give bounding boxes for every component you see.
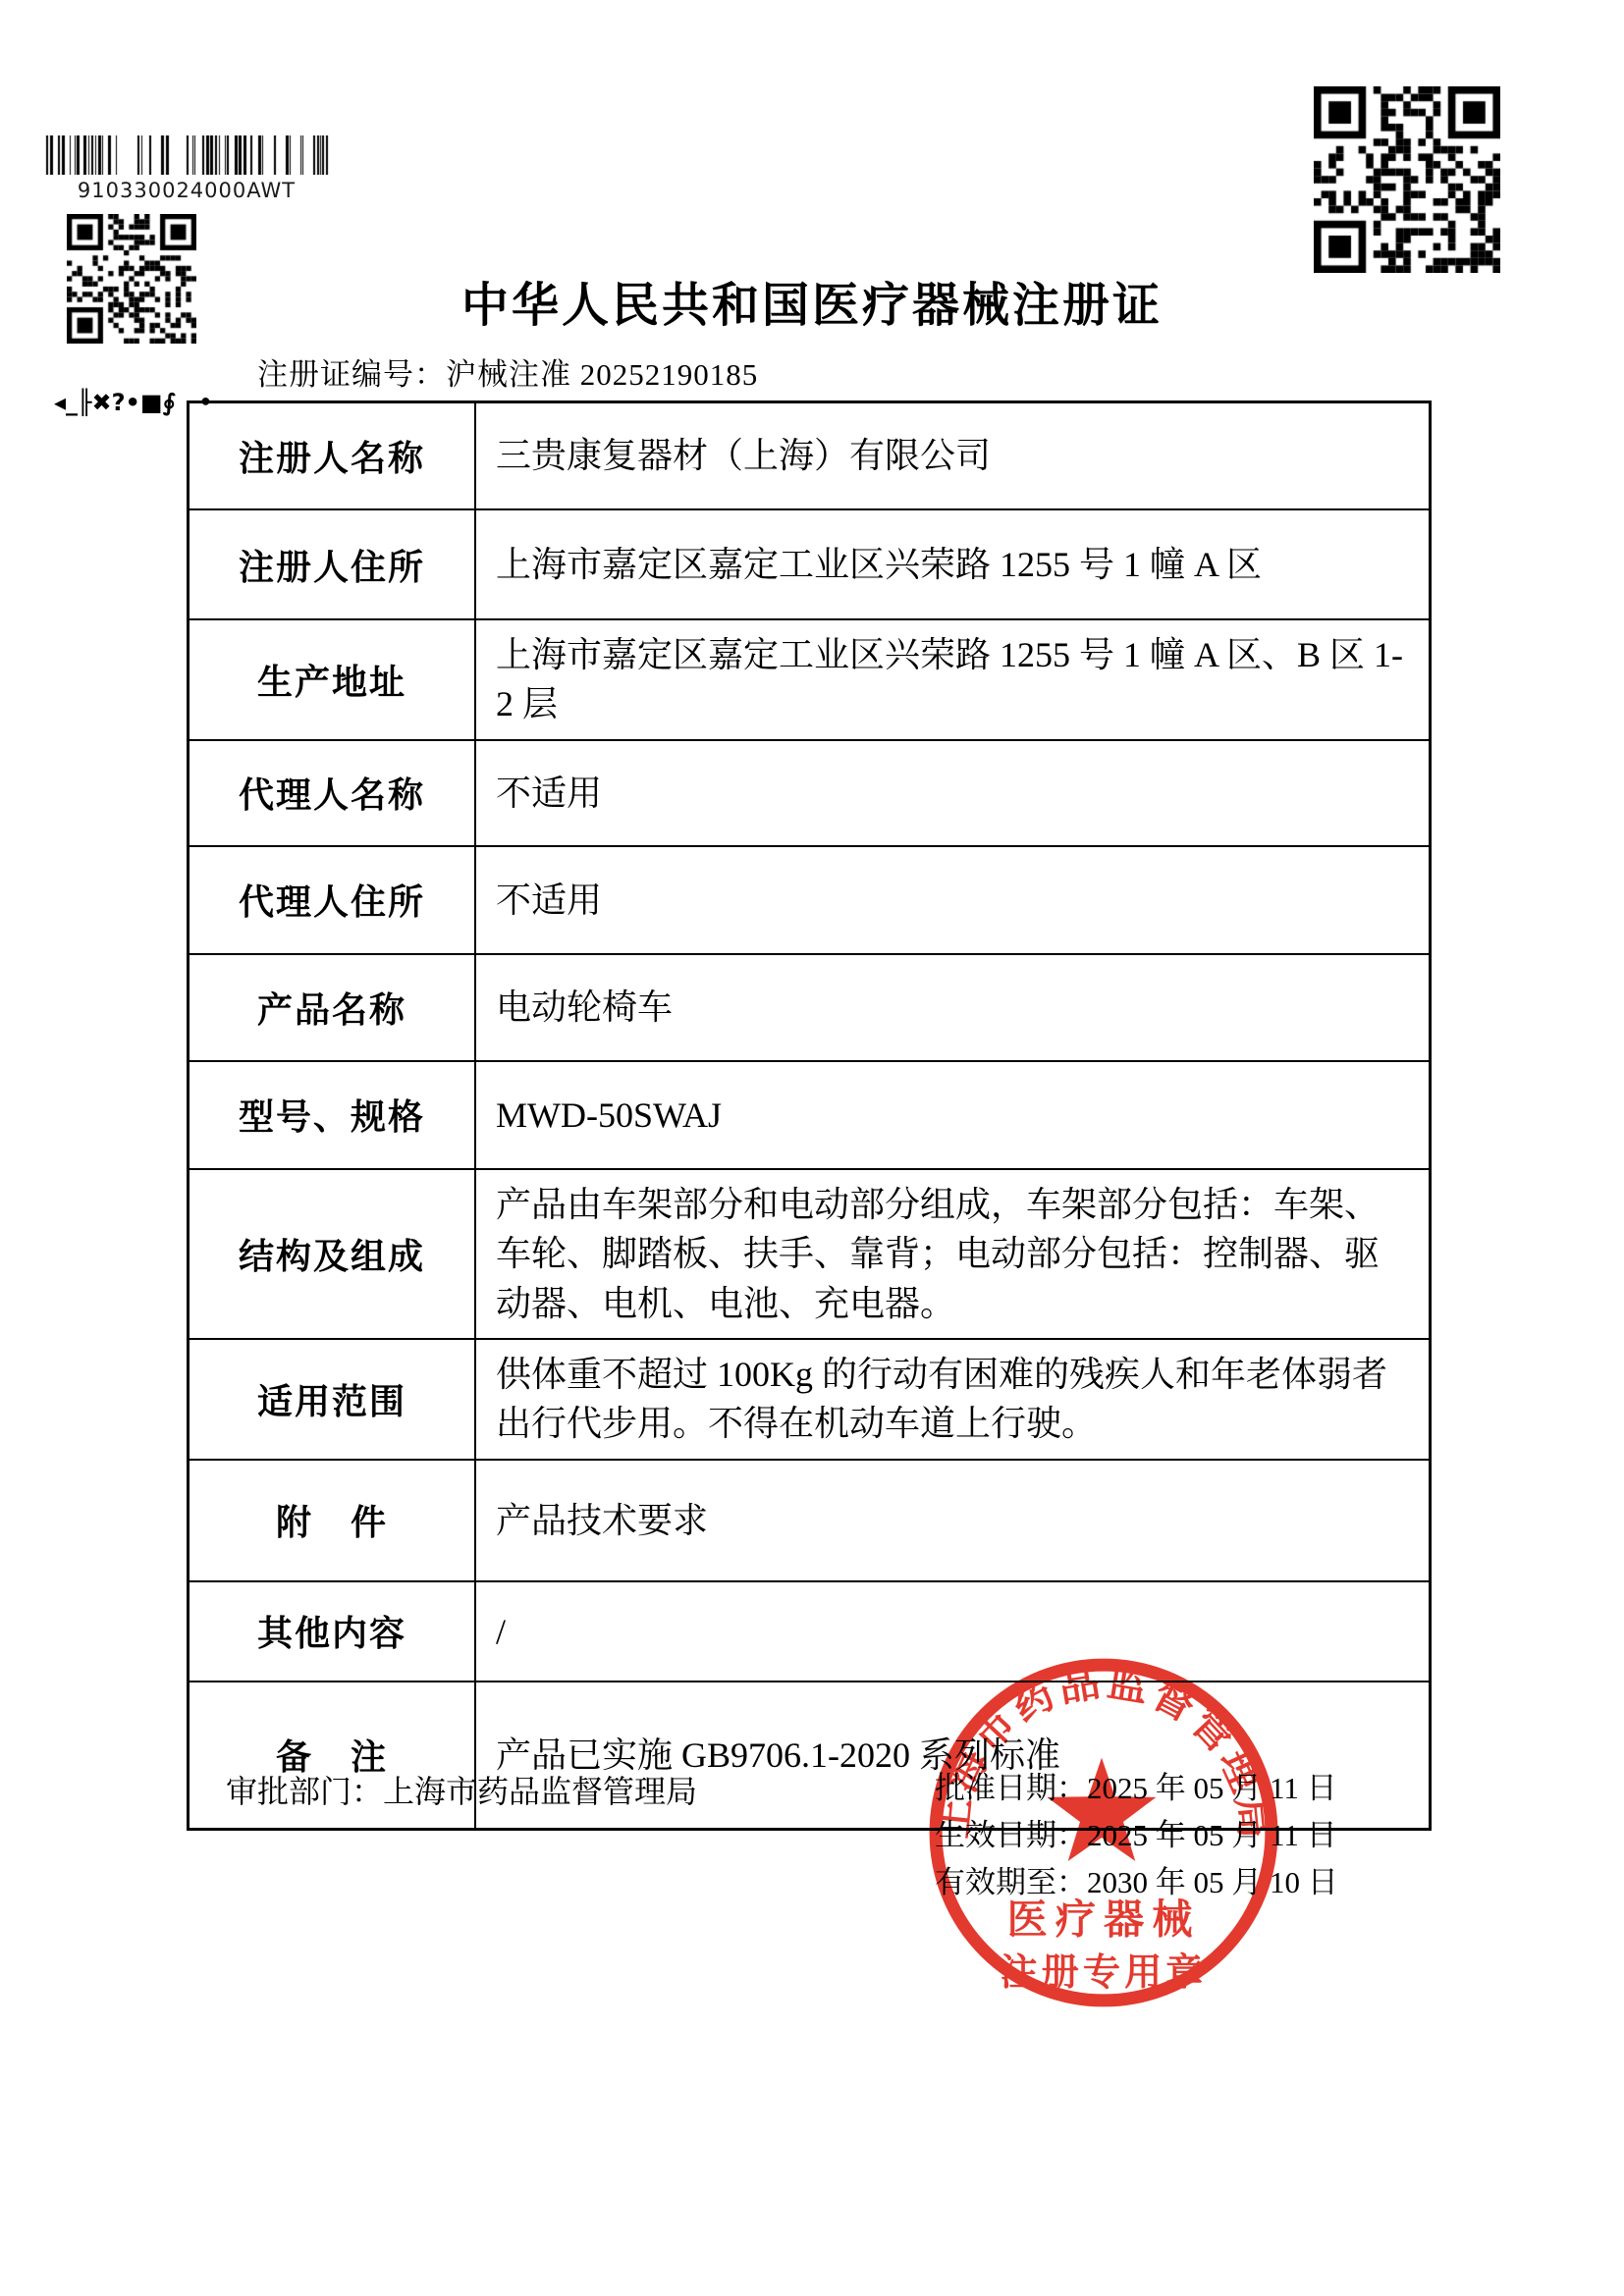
- row-label: 结构及组成: [189, 1170, 476, 1338]
- row-value: MWD-50SWAJ: [476, 1062, 1429, 1168]
- registration-number-label: 注册证编号：: [257, 357, 446, 392]
- qr-code-icon-top-right: [1314, 86, 1500, 273]
- date-line: 生效日期：2025 年 05 月 11 日: [935, 1812, 1338, 1859]
- approval-department-value: 上海市药品监督管理局: [383, 1774, 697, 1809]
- approval-department-line: 审批部门：上海市药品监督管理局: [226, 1767, 697, 1812]
- row-value: 产品由车架部分和电动部分组成，车架部分包括：车架、车轮、脚踏板、扶手、靠背；电动…: [476, 1170, 1429, 1338]
- row-label: 注册人名称: [189, 403, 476, 508]
- date-label: 有效期至：: [935, 1865, 1087, 1899]
- table-row: 附 件 产品技术要求: [189, 1459, 1429, 1580]
- table-row: 其他内容 /: [189, 1580, 1429, 1681]
- date-value: 2030 年 05 月 10 日: [1087, 1865, 1338, 1899]
- table-row: 注册人住所 上海市嘉定区嘉定工业区兴荣路 1255 号 1 幢 A 区: [189, 508, 1429, 618]
- table-row: 代理人名称 不适用: [189, 739, 1429, 845]
- registration-number-value: 沪械注准 20252190185: [446, 357, 758, 392]
- row-value: 产品技术要求: [476, 1461, 1429, 1580]
- table-row: 代理人住所 不适用: [189, 845, 1429, 953]
- table-row: 生产地址 上海市嘉定区嘉定工业区兴荣路 1255 号 1 幢 A 区、B 区 1…: [189, 618, 1429, 739]
- row-value: 三贵康复器材（上海）有限公司: [476, 403, 1429, 508]
- row-label: 注册人住所: [189, 510, 476, 618]
- approval-department-label: 审批部门：: [226, 1774, 383, 1809]
- barcode-icon: [44, 135, 329, 175]
- certificate-page: 910330024000AWT 中华人民共和国医疗器械注册证 注册证编号：沪械注…: [0, 0, 1624, 2296]
- barcode-number: 910330024000AWT: [44, 179, 329, 202]
- row-label: 产品名称: [189, 955, 476, 1060]
- row-label: 代理人名称: [189, 741, 476, 845]
- table-row: 产品名称 电动轮椅车: [189, 953, 1429, 1060]
- date-value: 2025 年 05 月 11 日: [1087, 1818, 1337, 1852]
- row-label: 生产地址: [189, 620, 476, 739]
- scan-artifact-glyphs: ◂_╟✖?•■∮: [54, 389, 176, 416]
- date-line: 批准日期：2025 年 05 月 11 日: [935, 1765, 1338, 1812]
- page-title: 中华人民共和国医疗器械注册证: [0, 267, 1624, 335]
- table-row: 适用范围 供体重不超过 100Kg 的行动有困难的残疾人和年老体弱者出行代步用。…: [189, 1338, 1429, 1459]
- row-value: 电动轮椅车: [476, 955, 1429, 1060]
- row-value: 不适用: [476, 741, 1429, 845]
- row-label: 附 件: [189, 1461, 476, 1580]
- date-label: 生效日期：: [935, 1818, 1087, 1852]
- row-value: 不适用: [476, 847, 1429, 953]
- date-line: 有效期至：2030 年 05 月 10 日: [935, 1859, 1338, 1906]
- row-value: 上海市嘉定区嘉定工业区兴荣路 1255 号 1 幢 A 区、B 区 1-2 层: [476, 620, 1429, 739]
- row-value: /: [476, 1582, 1429, 1681]
- row-label: 型号、规格: [189, 1062, 476, 1168]
- row-label: 适用范围: [189, 1340, 476, 1459]
- row-label: 其他内容: [189, 1582, 476, 1681]
- registration-number-line: 注册证编号：沪械注准 20252190185: [257, 349, 758, 394]
- date-value: 2025 年 05 月 11 日: [1087, 1771, 1337, 1805]
- row-value: 供体重不超过 100Kg 的行动有困难的残疾人和年老体弱者出行代步用。不得在机动…: [476, 1340, 1429, 1459]
- stamp-text-line2: 注册专用章: [1000, 1950, 1207, 1995]
- row-label: 代理人住所: [189, 847, 476, 953]
- date-block: 批准日期：2025 年 05 月 11 日 生效日期：2025 年 05 月 1…: [935, 1765, 1338, 1906]
- row-value: 上海市嘉定区嘉定工业区兴荣路 1255 号 1 幢 A 区: [476, 510, 1429, 618]
- date-label: 批准日期：: [935, 1771, 1087, 1805]
- barcode-block: 910330024000AWT: [44, 135, 329, 202]
- table-row: 型号、规格 MWD-50SWAJ: [189, 1060, 1429, 1168]
- table-row: 结构及组成 产品由车架部分和电动部分组成，车架部分包括：车架、车轮、脚踏板、扶手…: [189, 1168, 1429, 1338]
- table-row: 注册人名称 三贵康复器材（上海）有限公司: [189, 403, 1429, 508]
- certificate-table: 注册人名称 三贵康复器材（上海）有限公司 注册人住所 上海市嘉定区嘉定工业区兴荣…: [187, 400, 1432, 1831]
